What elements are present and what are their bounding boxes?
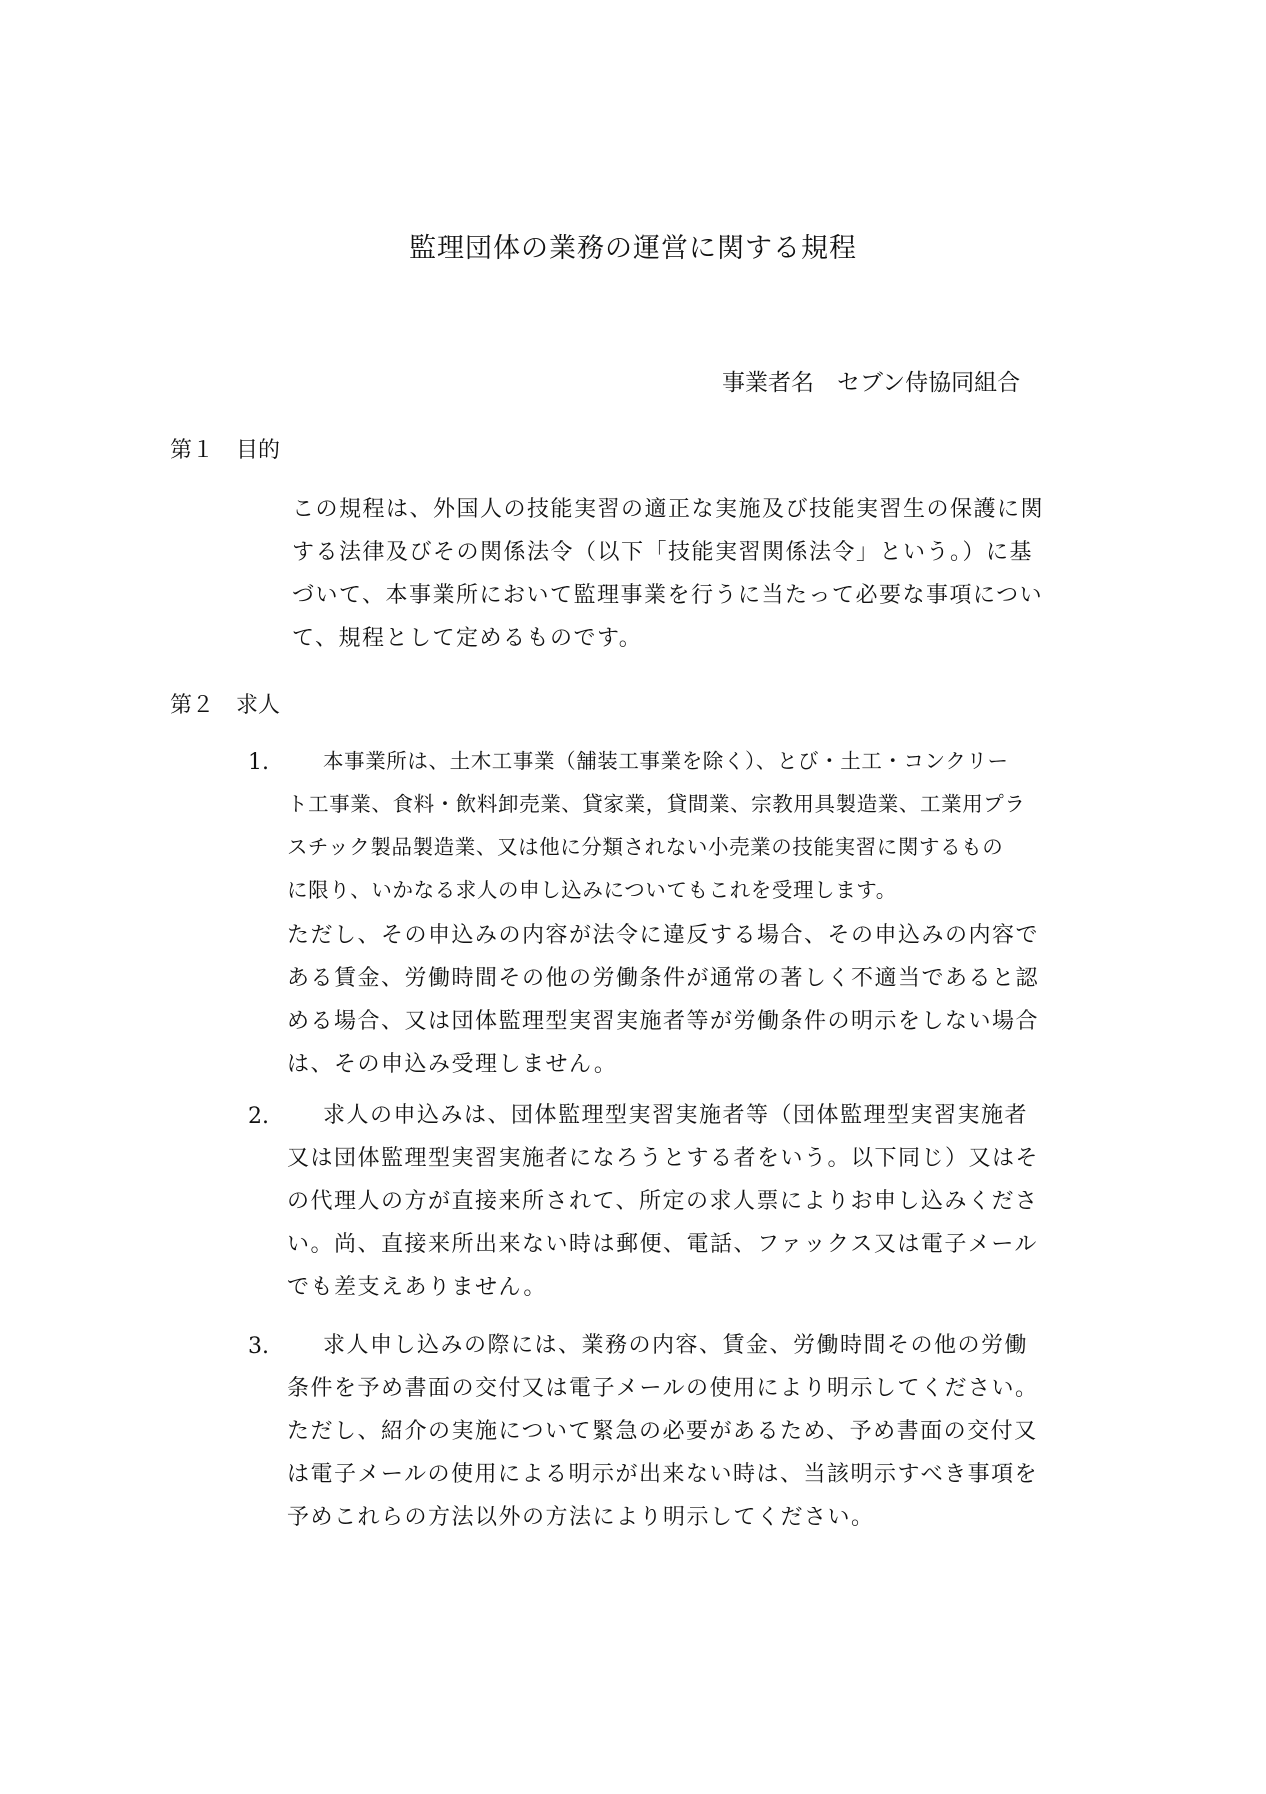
job-offer-item-1-proviso: ただし、その申込みの内容が法令に違反する場合、その申込みの内容で ある賃金、労働… — [287, 914, 1107, 1086]
item-line: でも差支えありません。 — [287, 1266, 1107, 1309]
item-line: 予めこれらの方法以外の方法により明示してください。 — [287, 1496, 1107, 1539]
item-line: 又は団体監理型実習実施者になろうとする者をいう。以下同じ）又はそ — [287, 1137, 1107, 1180]
item-number-1: 1. — [248, 750, 269, 775]
job-offer-item-3: 求人申し込みの際には、業務の内容、賃金、労働時間その他の労働 条件を予め書面の交… — [287, 1324, 1107, 1539]
item-line: める場合、又は団体監理型実習実施者等が労働条件の明示をしない場合 — [287, 1000, 1107, 1043]
document-page: 監理団体の業務の運営に関する規程 事業者名 セブン侍協同組合 第１ 目的 この規… — [0, 0, 1266, 1794]
item-line: 求人申し込みの際には、業務の内容、賃金、労働時間その他の労働 — [287, 1324, 1107, 1367]
document-title: 監理団体の業務の運営に関する規程 — [0, 226, 1266, 265]
paragraph-line: て、規程として定めるものです。 — [292, 617, 1102, 660]
item-line: は、その申込み受理しません。 — [287, 1043, 1107, 1086]
item-line: い。尚、直接来所出来ない時は郵便、電話、ファックス又は電子メール — [287, 1223, 1107, 1266]
item-line: 本事業所は、土木工事業（舗装工事業を除く）、とび・土工・コンクリー — [287, 740, 1107, 783]
section-heading-job-offers: 第２ 求人 — [170, 688, 280, 719]
organization-name: 事業者名 セブン侍協同組合 — [722, 364, 1020, 397]
item-line: ただし、その申込みの内容が法令に違反する場合、その申込みの内容で — [287, 914, 1107, 957]
item-line: 求人の申込みは、団体監理型実習実施者等（団体監理型実習実施者 — [287, 1094, 1107, 1137]
item-number-2: 2. — [248, 1104, 269, 1129]
job-offer-item-2: 求人の申込みは、団体監理型実習実施者等（団体監理型実習実施者 又は団体監理型実習… — [287, 1094, 1107, 1309]
item-line: は電子メールの使用による明示が出来ない時は、当該明示すべき事項を — [287, 1453, 1107, 1496]
item-number-3: 3. — [248, 1334, 269, 1359]
item-line: 条件を予め書面の交付又は電子メールの使用により明示してください。 — [287, 1367, 1107, 1410]
job-offer-item-1: 本事業所は、土木工事業（舗装工事業を除く）、とび・土工・コンクリー ト工事業、食… — [287, 740, 1107, 912]
paragraph-line: この規程は、外国人の技能実習の適正な実施及び技能実習生の保護に関 — [292, 488, 1102, 531]
paragraph-line: する法律及びその関係法令（以下「技能実習関係法令」という。）に基 — [292, 531, 1102, 574]
item-line: スチック製品製造業、又は他に分類されない小売業の技能実習に関するもの — [287, 826, 1107, 869]
item-line: ただし、紹介の実施について緊急の必要があるため、予め書面の交付又 — [287, 1410, 1107, 1453]
item-line: ある賃金、労働時間その他の労働条件が通常の著しく不適当であると認 — [287, 957, 1107, 1000]
item-line: の代理人の方が直接来所されて、所定の求人票によりお申し込みくださ — [287, 1180, 1107, 1223]
section-heading-purpose: 第１ 目的 — [170, 433, 280, 464]
item-line: ト工事業、食料・飲料卸売業、貸家業，貸間業、宗教用具製造業、工業用プラ — [287, 783, 1107, 826]
paragraph-line: づいて、本事業所において監理事業を行うに当たって必要な事項につい — [292, 574, 1102, 617]
purpose-paragraph: この規程は、外国人の技能実習の適正な実施及び技能実習生の保護に関 する法律及びそ… — [292, 488, 1102, 660]
item-line: に限り、いかなる求人の申し込みについてもこれを受理します。 — [287, 869, 1107, 912]
